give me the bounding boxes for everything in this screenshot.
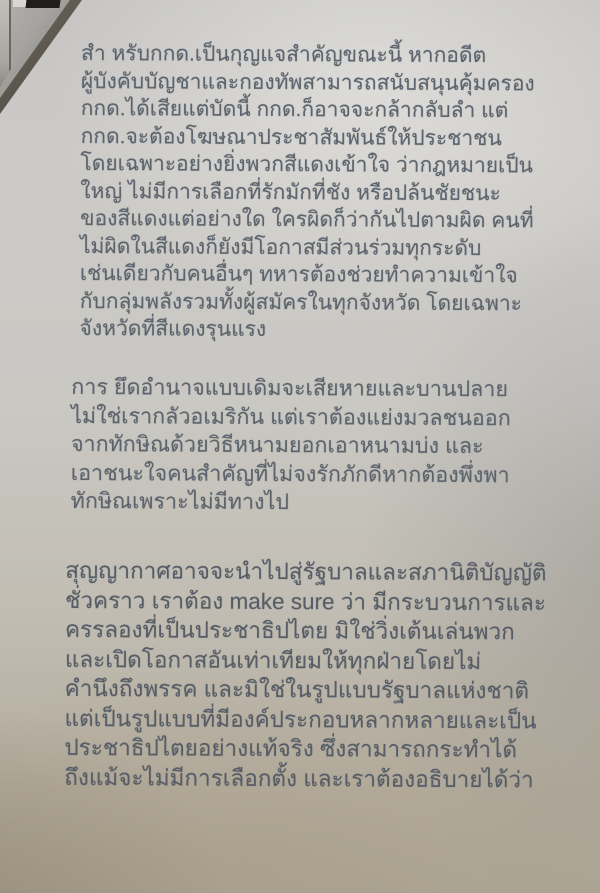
document-photo: สำ หรับกกด.เป็นกุญแจสำคัญขณะนี้ หากอดีต … <box>0 0 600 893</box>
text-line: ไม่ใช่เรากลัวอเมริกัน แต่เราต้องแย่งมวลช… <box>71 401 511 432</box>
text-line: จังหวัดที่สีแดงรุนแรง <box>80 315 534 345</box>
text-line: ครรลองที่เป็นประชาธิปไตย มิใช่วิ่งเต้นเล… <box>65 615 546 647</box>
text-line: แต่เป็นรูปแบบที่มีองค์ประกอบหลากหลายและเ… <box>64 703 545 735</box>
text-block: สำ หรับกกด.เป็นกุญแจสำคัญขณะนี้ หากอดีต … <box>0 0 600 3</box>
text-line: สุญญากาศอาจจะนำไปสู่รัฐบาลและสภานิติบัญญ… <box>65 556 546 588</box>
top-edge-highlight <box>13 0 26 7</box>
paragraph-2: การ ยึดอำนาจแบบเดิมจะเสียหายและบานปลาย ไ… <box>71 373 511 518</box>
text-line: ไม่ผิดในสีแดงก็ยังมีโอกาสมีส่วนร่วมทุกระ… <box>80 233 534 263</box>
text-line: คำนึงถึงพรรค และมิใช่ในรูปแบบรัฐบาลแห่งช… <box>65 674 546 706</box>
text-line: โดยเฉพาะอย่างยิ่งพวกสีแดงเข้าใจ ว่ากฎหมา… <box>80 150 534 180</box>
text-line: เอาชนะใจคนสำคัญที่ไม่จงรักภักดีหากต้องพึ… <box>71 458 511 489</box>
text-line: ทักษิณเพราะไม่มีทางไป <box>71 487 511 518</box>
text-line: กกด.ได้เสียแต่บัดนี้ กกด.ก็อาจจะกล้ากลับ… <box>81 95 535 125</box>
text-line: ของสีแดงแต่อย่างใด ใครผิดก็ว่ากันไปตามผิ… <box>80 205 534 235</box>
text-line: กกด.จะต้องโฆษณาประชาสัมพันธ์ให้ประชาชน <box>81 123 535 153</box>
text-line: เช่นเดียวกับคนอื่นๆ ทหารต้องช่วยทำความเข… <box>80 260 534 290</box>
paragraph-3: สุญญากาศอาจจะนำไปสู่รัฐบาลและสภานิติบัญญ… <box>64 556 546 795</box>
text-line: ผู้บังคับบัญชาและกองทัพสามารถสนับสนุนคุ้… <box>81 68 535 98</box>
text-line: ชั่วคราว เราต้อง make sure ว่า มีกระบวนก… <box>65 585 546 617</box>
text-line: กับกลุ่มพลังรวมทั้งผู้สมัครในทุกจังหวัด … <box>80 288 534 318</box>
text-line: ใหญ่ ไม่มีการเลือกที่รักมักที่ชัง หรือปล… <box>80 178 534 208</box>
text-line: จากทักษิณด้วยวิธีหนามยอกเอาหนามบ่ง และ <box>71 430 511 461</box>
paragraph-1: สำ หรับกกด.เป็นกุญแจสำคัญขณะนี้ หากอดีต … <box>80 40 535 345</box>
text-line: ถึงแม้จะไม่มีการเลือกตั้ง และเราต้องอธิบ… <box>64 762 545 794</box>
text-line: สำ หรับกกด.เป็นกุญแจสำคัญขณะนี้ หากอดีต <box>81 40 535 70</box>
text-line: การ ยึดอำนาจแบบเดิมจะเสียหายและบานปลาย <box>71 373 511 404</box>
top-edge-dark-mark <box>25 0 60 8</box>
text-line: และเปิดโอกาสอันเท่าเทียมให้ทุกฝ่ายโดยไม่ <box>65 644 546 676</box>
text-line: ประชาธิปไตยอย่างแท้จริง ซึ่งสามารถกระทำไ… <box>64 733 545 765</box>
